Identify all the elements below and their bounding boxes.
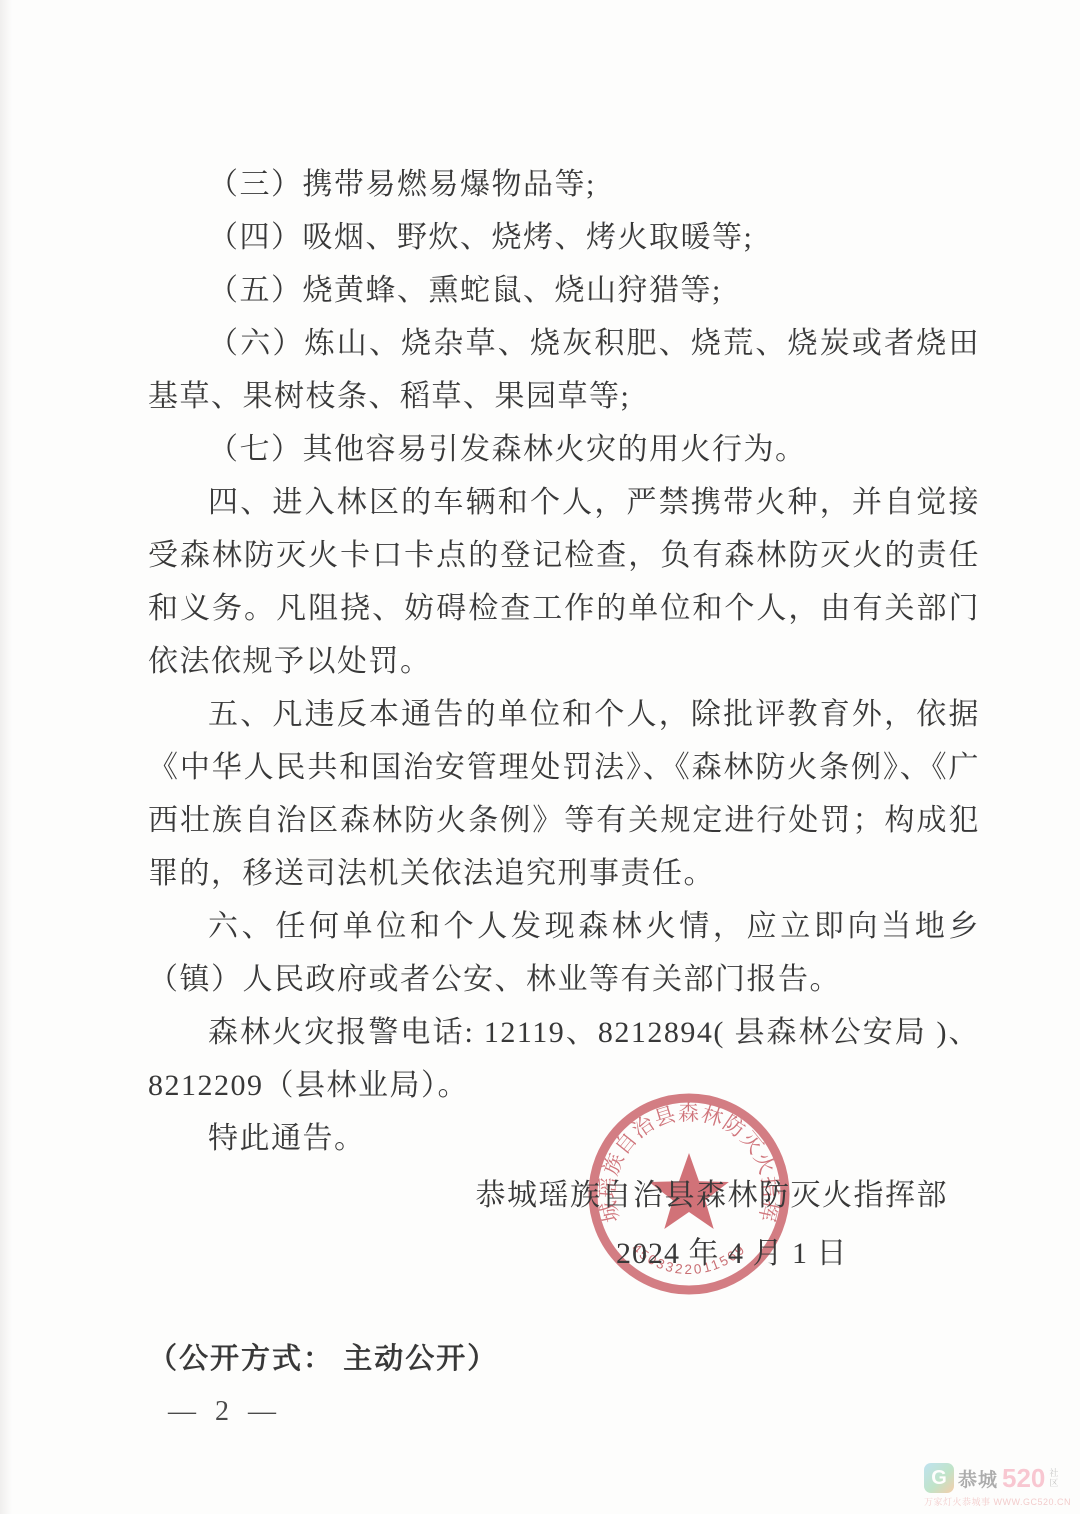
disclosure-line: （公开方式： 主动公开） bbox=[148, 1336, 980, 1377]
site-watermark: G 恭城 520 社 区 万家灯火恭城事 WWW.GC520.CN bbox=[924, 1463, 1074, 1508]
body-paragraph: （三）携带易燃易爆物品等; bbox=[148, 158, 980, 211]
watermark-site-suffix: 社 区 bbox=[1049, 1468, 1058, 1488]
body-paragraph: 森林火灾报警电话: 12119、8212894( 县森林公安局 )、821220… bbox=[148, 1006, 980, 1112]
issue-date: 2024 年 4 月 1 日 bbox=[616, 1228, 848, 1272]
body-paragraph: （七）其他容易引发森林火灾的用火行为。 bbox=[148, 423, 980, 476]
body-paragraph: 特此通告。 bbox=[148, 1112, 980, 1165]
body-paragraph: 六、任何单位和个人发现森林火情，应立即向当地乡（镇）人民政府或者公安、林业等有关… bbox=[148, 900, 980, 1006]
gc520-logo-icon: G bbox=[924, 1463, 954, 1493]
scan-edge-shadow bbox=[0, 0, 12, 1514]
watermark-suffix-bottom: 区 bbox=[1049, 1478, 1058, 1488]
watermark-tagline: 万家灯火恭城事 WWW.GC520.CN bbox=[924, 1495, 1074, 1508]
body-paragraph: 五、凡违反本通告的单位和个人，除批评教育外，依据《中华人民共和国治安管理处罚法》… bbox=[148, 688, 980, 900]
body-paragraph: （四）吸烟、野炊、烧烤、烤火取暖等; bbox=[148, 211, 980, 264]
watermark-site-number: 520 bbox=[1002, 1465, 1045, 1491]
body-paragraph: （五）烧黄蜂、熏蛇鼠、烧山狩猎等; bbox=[148, 264, 980, 317]
issuer-name: 恭城瑶族自治县森林防灭火指挥部 bbox=[476, 1170, 949, 1214]
body-paragraph: （六）炼山、烧杂草、烧灰积肥、烧荒、烧炭或者烧田基草、果树枝条、稻草、果园草等; bbox=[148, 317, 980, 423]
watermark-site-name: 恭城 bbox=[958, 1465, 998, 1492]
page-number: — 2 — bbox=[168, 1396, 282, 1428]
watermark-suffix-top: 社 bbox=[1049, 1468, 1058, 1478]
body-paragraph: 四、进入林区的车辆和个人，严禁携带火种，并自觉接受森林防灭火卡口卡点的登记检查，… bbox=[148, 476, 980, 688]
document-body: （三）携带易燃易爆物品等; （四）吸烟、野炊、烧烤、烤火取暖等; （五）烧黄蜂、… bbox=[148, 158, 980, 1165]
